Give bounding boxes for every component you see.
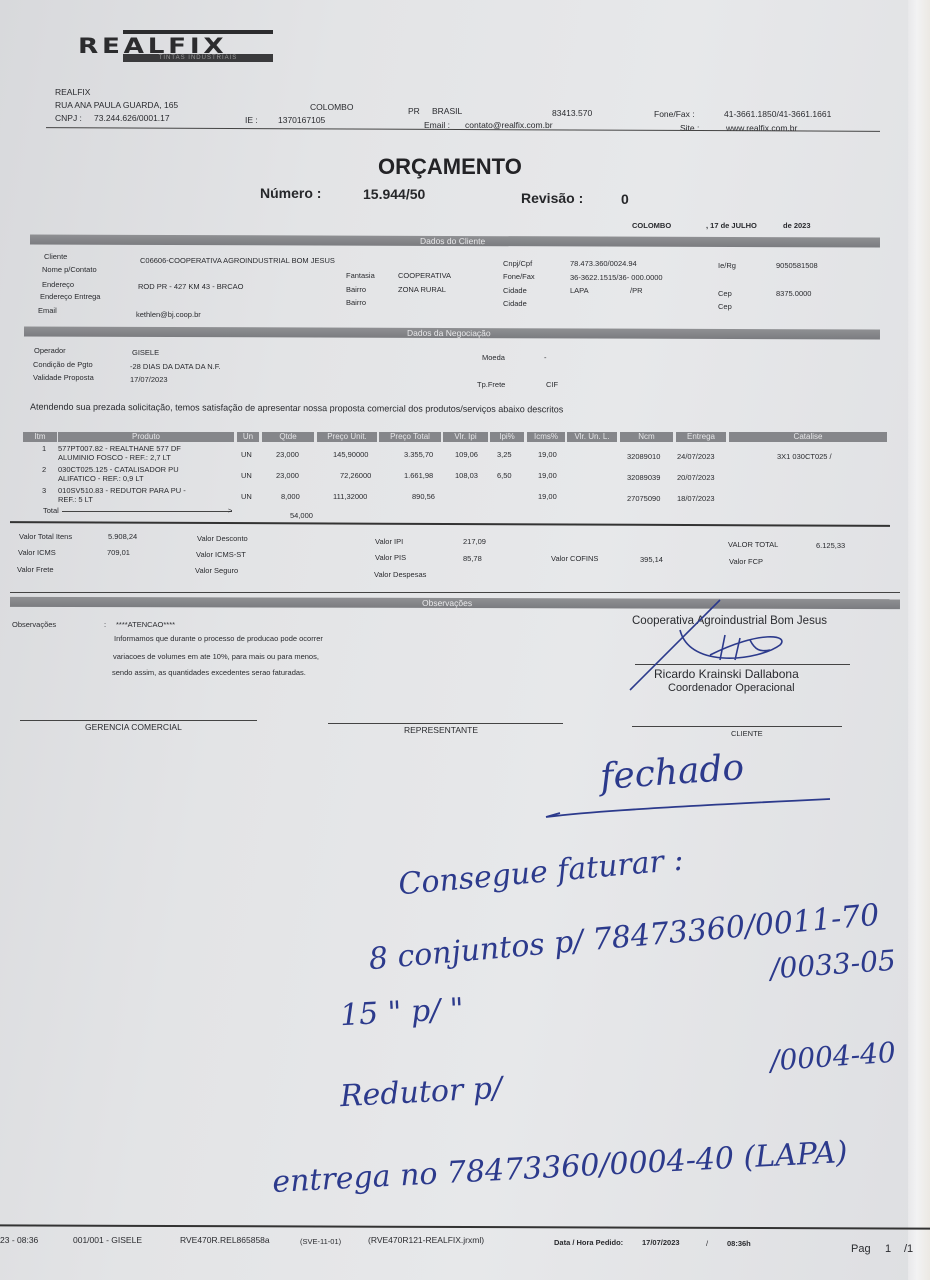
operator-label: Operador [34, 346, 66, 355]
trade-name-label: Fantasia [346, 271, 375, 280]
cep-value: 8375.0000 [776, 289, 811, 298]
payment-value: -28 DIAS DA DATA DA N.F. [130, 362, 221, 371]
company-cnpj-label: CNPJ : [55, 113, 82, 123]
cell-item: 1 [42, 444, 46, 453]
cell-unit-price: 72,26000 [340, 471, 371, 480]
cofins-label: Valor COFINS [551, 554, 598, 563]
footer-time-sep: / [706, 1239, 708, 1248]
document-year: de 2023 [783, 221, 811, 230]
cell-ncm: 27075090 [627, 494, 660, 503]
col-icms-pct: Icms% [527, 432, 565, 442]
icms-label: Valor ICMS [18, 548, 56, 557]
company-cnpj: 73.244.626/0001.17 [94, 113, 170, 123]
client-signature-line [632, 726, 842, 727]
company-site: www.realfix.com.br [726, 123, 797, 133]
sales-label: GERENCIA COMERCIAL [85, 722, 182, 732]
trade-name-value: COOPERATIVA [398, 271, 451, 280]
footer-template: (RVE470R121-REALFIX.jrxml) [368, 1235, 484, 1245]
cell-delivery: 18/07/2023 [677, 494, 715, 503]
cell-icms-pct: 19,00 [538, 492, 557, 501]
handwritten-line-3a: 15 " p/ " [339, 992, 464, 1033]
district-value: ZONA RURAL [398, 285, 446, 294]
company-address: RUA ANA PAULA GUARDA, 165 [55, 100, 178, 110]
observations-line-3: sendo assim, as quantidades excedentes s… [112, 668, 306, 677]
col-product: Produto [58, 432, 234, 442]
cell-delivery: 24/07/2023 [677, 452, 715, 461]
items-bottom-divider [10, 521, 890, 527]
total-label: Total [43, 506, 59, 515]
district-delivery-label: Bairro [346, 298, 366, 307]
cnpj-value: 78.473.360/0024.94 [570, 259, 637, 268]
cell-ipi-value: 109,06 [455, 450, 478, 459]
company-logo: REALFIX TINTAS INDUSTRIAIS [78, 30, 323, 66]
col-ipi-value: Vlr. Ipi [443, 432, 488, 442]
cell-product-line2: ALIFATICO - REF.: 0,9 LT [58, 474, 144, 483]
validity-value: 17/07/2023 [130, 375, 168, 384]
cell-item: 3 [42, 486, 46, 495]
cell-total-price: 1.661,98 [404, 471, 433, 480]
footer-version: (SVE-11-01) [300, 1237, 341, 1246]
cell-qty: 23,000 [276, 450, 299, 459]
freight-value: CIF [546, 380, 558, 389]
address-value: ROD PR - 427 KM 43 - BRCAO [138, 282, 243, 291]
ie-rg-value: 9050581508 [776, 261, 818, 270]
client-phone-label: Fone/Fax [503, 272, 535, 281]
city-label: Cidade [503, 286, 527, 295]
negotiation-section-title: Dados da Negociação [407, 328, 491, 338]
footer-page-total: /1 [904, 1243, 913, 1255]
cep-delivery-label: Cep [718, 302, 732, 311]
client-phone-value: 36-3622.1515/36- 000.0000 [570, 273, 663, 282]
cofins-value: 395,14 [640, 555, 663, 564]
observations-label: Observações [12, 620, 56, 629]
cell-un: UN [241, 450, 252, 459]
cell-ipi-pct: 6,50 [497, 471, 512, 480]
col-delivery: Entrega [676, 432, 726, 442]
company-phone: 41-3661.1850/41-3661.1661 [724, 109, 831, 119]
cell-icms-pct: 19,00 [538, 450, 557, 459]
city-uf: /PR [630, 286, 643, 295]
cell-product-line1: 010SV510.83 - REDUTOR PARA PU - [58, 486, 186, 495]
currency-value: - [544, 353, 547, 362]
rep-signature-line [328, 723, 563, 724]
client-value: C06606-COOPERATIVA AGROINDUSTRIAL BOM JE… [140, 256, 335, 265]
col-qty: Qtde [262, 432, 314, 442]
col-unit: Un [237, 432, 259, 442]
handwritten-line-4b: /0004-40 [769, 1036, 897, 1078]
col-item: Itm [23, 432, 57, 442]
footer-order-time: 08:36h [727, 1239, 751, 1248]
pis-value: 85,78 [463, 554, 482, 563]
validity-label: Validade Proposta [33, 373, 94, 382]
district-label: Bairro [346, 285, 366, 294]
company-phone-label: Fone/Fax : [654, 109, 695, 119]
quote-number: 15.944/50 [363, 186, 425, 202]
cell-total-price: 890,56 [412, 492, 435, 501]
observations-line-2: variacoes de volumes em ate 10%, para ma… [113, 652, 319, 661]
company-ie-label: IE : [245, 115, 258, 125]
cell-unit-price: 145,90000 [333, 450, 368, 459]
observations-section-title: Observações [422, 598, 472, 608]
intro-text: Atendendo sua prezada solicitação, temos… [30, 402, 563, 415]
grand-total-label: VALOR TOTAL [728, 540, 778, 549]
client-section-header: Dados do Cliente [30, 235, 880, 248]
client-label: Cliente [44, 252, 67, 261]
document-place: COLOMBO [632, 221, 671, 230]
footer-order-date-label: Data / Hora Pedido: [554, 1238, 623, 1247]
footer-order-date: 17/07/2023 [642, 1238, 680, 1247]
cep-label: Cep [718, 289, 732, 298]
col-ncm: Ncm [620, 432, 673, 442]
company-cep: 83413.570 [552, 108, 592, 118]
handwritten-line-4a: Redutor p/ [339, 1071, 503, 1114]
cell-un: UN [241, 471, 252, 480]
paper-edge [908, 0, 930, 1280]
footer-report: RVE470R.REL865858a [180, 1235, 270, 1245]
company-site-label: Site : [680, 123, 699, 133]
company-state: PR [408, 106, 420, 116]
pis-label: Valor PIS [375, 553, 406, 562]
total-qty: 54,000 [290, 511, 313, 520]
ipi-total-label: Valor IPI [375, 537, 403, 546]
currency-label: Moeda [482, 353, 505, 362]
number-label: Número : [260, 185, 321, 201]
cell-ncm: 32089010 [627, 452, 660, 461]
fcp-label: Valor FCP [729, 557, 763, 566]
rep-label: REPRESENTANTE [404, 725, 478, 735]
company-city: COLOMBO [310, 102, 353, 112]
total-arrow-line [62, 511, 232, 512]
col-ipi-pct: Ipi% [490, 432, 524, 442]
cnpj-label: Cnpj/Cpf [503, 259, 532, 268]
delivery-address-label: Endereço Entrega [40, 292, 100, 301]
company-name: REALFIX [55, 87, 90, 97]
cell-product-line1: 030CT025.125 - CATALISADOR PU [58, 465, 179, 474]
handwritten-line-1: Consegue faturar : [397, 843, 685, 903]
items-total-label: Valor Total Itens [19, 532, 72, 541]
footer-page-label: Pag [851, 1243, 871, 1255]
col-unit-net: Vlr. Un. L. [567, 432, 617, 442]
city-delivery-label: Cidade [503, 299, 527, 308]
freight-total-label: Valor Frete [17, 565, 54, 574]
icms-st-label: Valor ICMS-ST [196, 550, 246, 559]
expenses-label: Valor Despesas [374, 570, 426, 579]
freight-label: Tp.Frete [477, 380, 505, 389]
icms-value: 709,01 [107, 548, 130, 557]
cell-total-price: 3.355,70 [404, 450, 433, 459]
cell-unit-price: 111,32000 [333, 492, 367, 501]
footer-user: 001/001 - GISELE [73, 1235, 142, 1245]
revision-label: Revisão : [521, 190, 583, 206]
document-title: ORÇAMENTO [378, 154, 522, 180]
cell-ipi-value: 108,03 [455, 471, 478, 480]
cell-icms-pct: 19,00 [538, 471, 557, 480]
cell-qty: 8,000 [281, 492, 300, 501]
client-section-title: Dados do Cliente [420, 236, 485, 246]
total-arrow-head: > [228, 506, 232, 515]
cell-product-line1: 577PT007.82 - REALTHANE 577 DF [58, 444, 181, 453]
handwritten-closed: fechado [599, 747, 746, 798]
cell-delivery: 20/07/2023 [677, 473, 715, 482]
cell-qty: 23,000 [276, 471, 299, 480]
items-total-value: 5.908,24 [108, 532, 137, 541]
email-label: Email [38, 306, 57, 315]
cell-ncm: 32089039 [627, 473, 660, 482]
city-value: LAPA [570, 286, 589, 295]
address-label: Endereço [42, 280, 74, 289]
contact-label: Nome p/Contato [42, 265, 97, 274]
ie-rg-label: Ie/Rg [718, 261, 736, 270]
col-catalyst: Catalise [729, 432, 887, 442]
handwritten-line-5: entrega no 78473360/0004-40 (LAPA) [271, 1135, 848, 1200]
payment-label: Condição de Pgto [33, 360, 93, 369]
handwritten-underline [540, 795, 840, 825]
cell-item: 2 [42, 465, 46, 474]
observations-line-1: Informamos que durante o processo de pro… [114, 634, 323, 643]
grand-total-value: 6.125,33 [816, 541, 845, 550]
signature-scribble [610, 590, 810, 700]
observations-colon: : [104, 620, 106, 629]
revision-number: 0 [621, 191, 629, 207]
logo-subtitle: TINTAS INDUSTRIAIS [123, 54, 273, 62]
observations-title: ****ATENCAO**** [116, 620, 175, 629]
cell-catalyst: 3X1 030CT025 / [777, 452, 832, 461]
cell-un: UN [241, 492, 252, 501]
email-value: kethlen@bj.coop.br [136, 310, 201, 319]
document-date: , 17 de JULHO [706, 221, 757, 230]
sales-signature-line [20, 720, 257, 721]
footer-page: 1 [885, 1243, 891, 1255]
company-ie: 1370167105 [278, 115, 325, 125]
cell-ipi-pct: 3,25 [497, 450, 512, 459]
footer-timestamp: 23 - 08:36 [0, 1235, 38, 1245]
cell-product-line2: ALUMINIO FOSCO - REF.: 2,7 LT [58, 453, 171, 462]
discount-label: Valor Desconto [197, 534, 248, 543]
ipi-total-value: 217,09 [463, 537, 486, 546]
cell-product-line2: REF.: 5 LT [58, 495, 93, 504]
client-signature-label: CLIENTE [731, 729, 763, 738]
negotiation-section-header: Dados da Negociação [24, 327, 880, 340]
operator-value: GISELE [132, 348, 159, 357]
handwritten-line-3b: /0033-05 [769, 944, 897, 986]
footer-divider [0, 1224, 930, 1229]
insurance-label: Valor Seguro [195, 566, 238, 575]
company-country: BRASIL [432, 106, 462, 116]
col-total-price: Preço Total [379, 432, 441, 442]
col-unit-price: Preço Unit. [317, 432, 377, 442]
